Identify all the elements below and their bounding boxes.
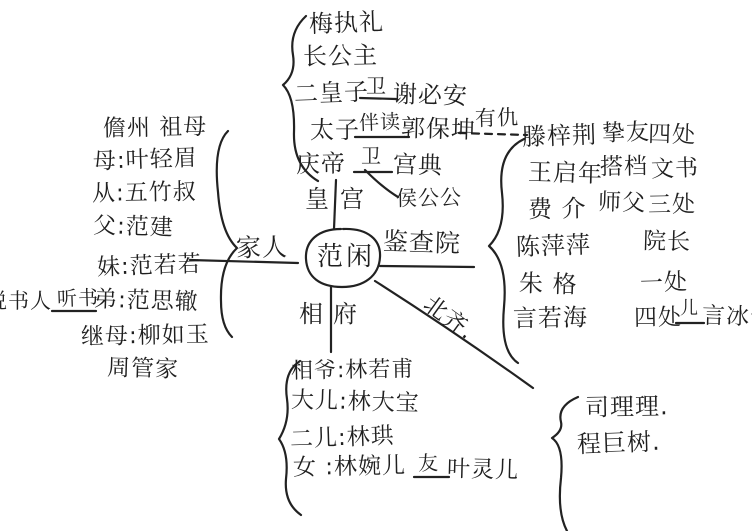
label-yuanzhang: 院长 (643, 229, 692, 256)
node-yan-bingyun: 言冰云 (702, 304, 752, 331)
node-zhou-guanjia: 周管家 (107, 356, 180, 383)
node-fei-jie: 费 介 (528, 195, 587, 222)
node-taizi: 太子 (310, 117, 360, 143)
node-lin-dabao: 大儿:林大宝 (291, 388, 420, 417)
node-ye-qingmei: 母:叶轻眉 (93, 146, 199, 175)
node-wuzhu: 从:五竹叔 (92, 180, 197, 207)
node-yan-ruohai: 言若海 (513, 304, 588, 332)
node-shuoshuren: 说书人 (0, 290, 52, 313)
node-chen-pingping: 陈萍萍 (516, 232, 592, 261)
node-xie-bian: 谢必安 (393, 81, 469, 109)
node-teng-zijing: 滕梓荆 (522, 122, 598, 151)
label-you: 友 (418, 452, 440, 475)
node-fan-jian: 父:范建 (93, 214, 174, 242)
branch-label-jianchayuan: 鉴查院 (383, 228, 462, 258)
branch-label-xiangfu: 相府 (299, 301, 367, 327)
label-bandu: 伴读 (359, 110, 402, 133)
label-er: 儿 (680, 299, 699, 319)
branch-label-palace: 皇宫 (305, 186, 375, 212)
node-er-huangzi: 二皇子 (294, 79, 370, 108)
node-chang-gongzhu: 长公主 (303, 42, 378, 70)
node-qingdi: 庆帝 (296, 151, 346, 178)
node-cheng-jushu: 程巨树. (577, 429, 662, 458)
label-wei-1: 卫 (366, 75, 387, 97)
node-wang-qinian: 王启年 (528, 159, 604, 187)
label-sichu-1: 四处 (648, 122, 697, 149)
node-ye-linger: 叶灵儿 (447, 457, 520, 484)
label-dadang: 搭档 (600, 155, 648, 181)
label-wei-2: 卫 (361, 145, 382, 167)
node-lin-gong: 二儿:林珙 (290, 424, 396, 453)
node-si-lili: 司理理. (585, 393, 669, 421)
label-shifu: 师父 (598, 190, 647, 217)
node-zhu-ge: 朱 格 (519, 270, 578, 298)
label-zhiyou: 挚友 (602, 120, 651, 147)
node-lin-waner: 女 :林婉儿 (293, 454, 406, 481)
label-sichu-2: 四处 (634, 306, 682, 332)
node-fan-sizhe: 弟:范思辙 (94, 288, 199, 316)
label-yichu: 一处 (640, 270, 689, 297)
label-sanchu: 三处 (648, 193, 696, 219)
label-youchou: 有仇 (475, 106, 520, 131)
beiqi-brace (552, 397, 578, 531)
node-fan-ruoruo: 妹:范若若 (97, 252, 203, 281)
jianchayuan-underline (380, 266, 474, 267)
center-node-fanxian: 范闲 (317, 243, 375, 272)
family-brace (217, 131, 237, 337)
node-danzhou-zumu: 儋州 祖母 (103, 115, 208, 142)
label-wenshu: 文书 (651, 156, 700, 183)
node-mei-zhili: 梅执礼 (309, 9, 385, 38)
node-gong-dian: 宫典 (393, 151, 444, 179)
node-liu-ruyu: 继母:柳如玉 (81, 323, 210, 351)
branch-label-family: 家人 (236, 234, 288, 262)
node-hou-gonggong: 侯公公 (396, 186, 462, 210)
mindmap-canvas: 范闲 家人 鉴查院 皇宫 相府 北齐. 梅执礼 长公主 二皇子 卫 谢必安 太子… (0, 0, 752, 531)
node-lin-ruofu: 相爷:林若甫 (291, 358, 415, 384)
node-guo-baokun: 郭保坤 (401, 115, 477, 143)
